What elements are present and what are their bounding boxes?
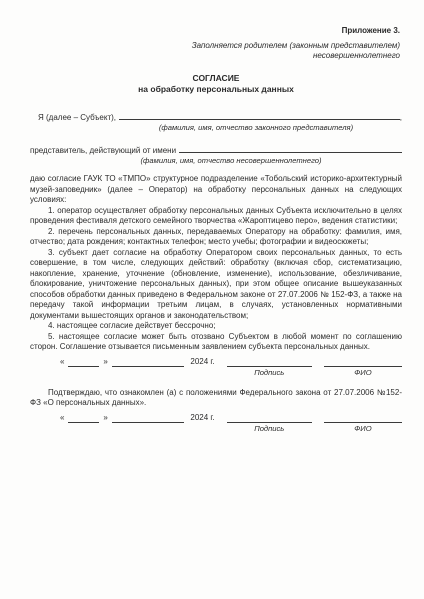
signature-blank: [227, 357, 312, 367]
day-blank: [68, 413, 99, 423]
fill-instruction-line1: Заполняется родителем (законным представ…: [32, 41, 400, 51]
subject-line: Я (далее – Субъект), ,: [30, 111, 402, 122]
close-quote: »: [103, 413, 107, 423]
month-blank: [112, 357, 185, 367]
year-label: 2024 г.: [190, 413, 214, 423]
close-quote: »: [103, 357, 107, 367]
consent-item-5: 5. настоящее согласие может быть отозван…: [30, 332, 402, 353]
year-label: 2024 г.: [190, 357, 214, 367]
fio-field: ФИО: [324, 357, 402, 378]
open-quote: «: [60, 413, 64, 423]
representative-name-blank: [179, 144, 402, 153]
subject-suffix: ,: [400, 113, 402, 122]
representative-prefix: представитель, действующий от имени: [30, 146, 176, 155]
consent-item-2: 2. перечень персональных данных, передав…: [30, 227, 402, 248]
fio-field: ФИО: [324, 413, 402, 434]
fio-label: ФИО: [354, 424, 371, 434]
signature-label: Подпись: [254, 424, 284, 434]
document-subtitle: на обработку персональных данных: [30, 84, 402, 94]
fio-blank: [324, 413, 402, 423]
date-signature-row-2: « » 2024 г. Подпись ФИО: [30, 413, 402, 434]
subject-prefix: Я (далее – Субъект),: [38, 113, 116, 122]
consent-item-1: 1. оператор осуществляет обработку персо…: [30, 206, 402, 227]
subject-caption: (фамилия, имя, отчество законного предст…: [120, 123, 392, 132]
open-quote: «: [60, 357, 64, 367]
consent-document-page: Приложение 3. Заполняется родителем (зак…: [0, 0, 424, 599]
date-signature-row-1: « » 2024 г. Подпись ФИО: [30, 357, 402, 378]
month-blank: [112, 413, 185, 423]
annex-note: Приложение 3.: [30, 26, 400, 35]
consent-item-3: 3. субъект дает согласие на обработку Оп…: [30, 248, 402, 322]
confirmation-paragraph: Подтверждаю, что ознакомлен (а) с положе…: [30, 388, 402, 409]
day-blank: [68, 357, 99, 367]
fill-instruction-line2: несовершеннолетнего: [32, 51, 400, 61]
subject-name-blank: [119, 111, 400, 120]
fio-label: ФИО: [354, 368, 371, 378]
consent-item-4: 4. настоящее согласие действует бессрочн…: [30, 321, 402, 332]
signature-field: Подпись: [227, 357, 312, 378]
signature-label: Подпись: [254, 368, 284, 378]
signature-field: Подпись: [227, 413, 312, 434]
intro-paragraph: даю согласие ГАУК ТО «ТМПО» структурное …: [30, 174, 402, 206]
representative-line: представитель, действующий от имени: [30, 144, 402, 155]
document-title: СОГЛАСИЕ: [30, 73, 402, 83]
fio-blank: [324, 357, 402, 367]
signature-blank: [227, 413, 312, 423]
representative-caption: (фамилия, имя, отчество несовершеннолетн…: [100, 156, 362, 165]
